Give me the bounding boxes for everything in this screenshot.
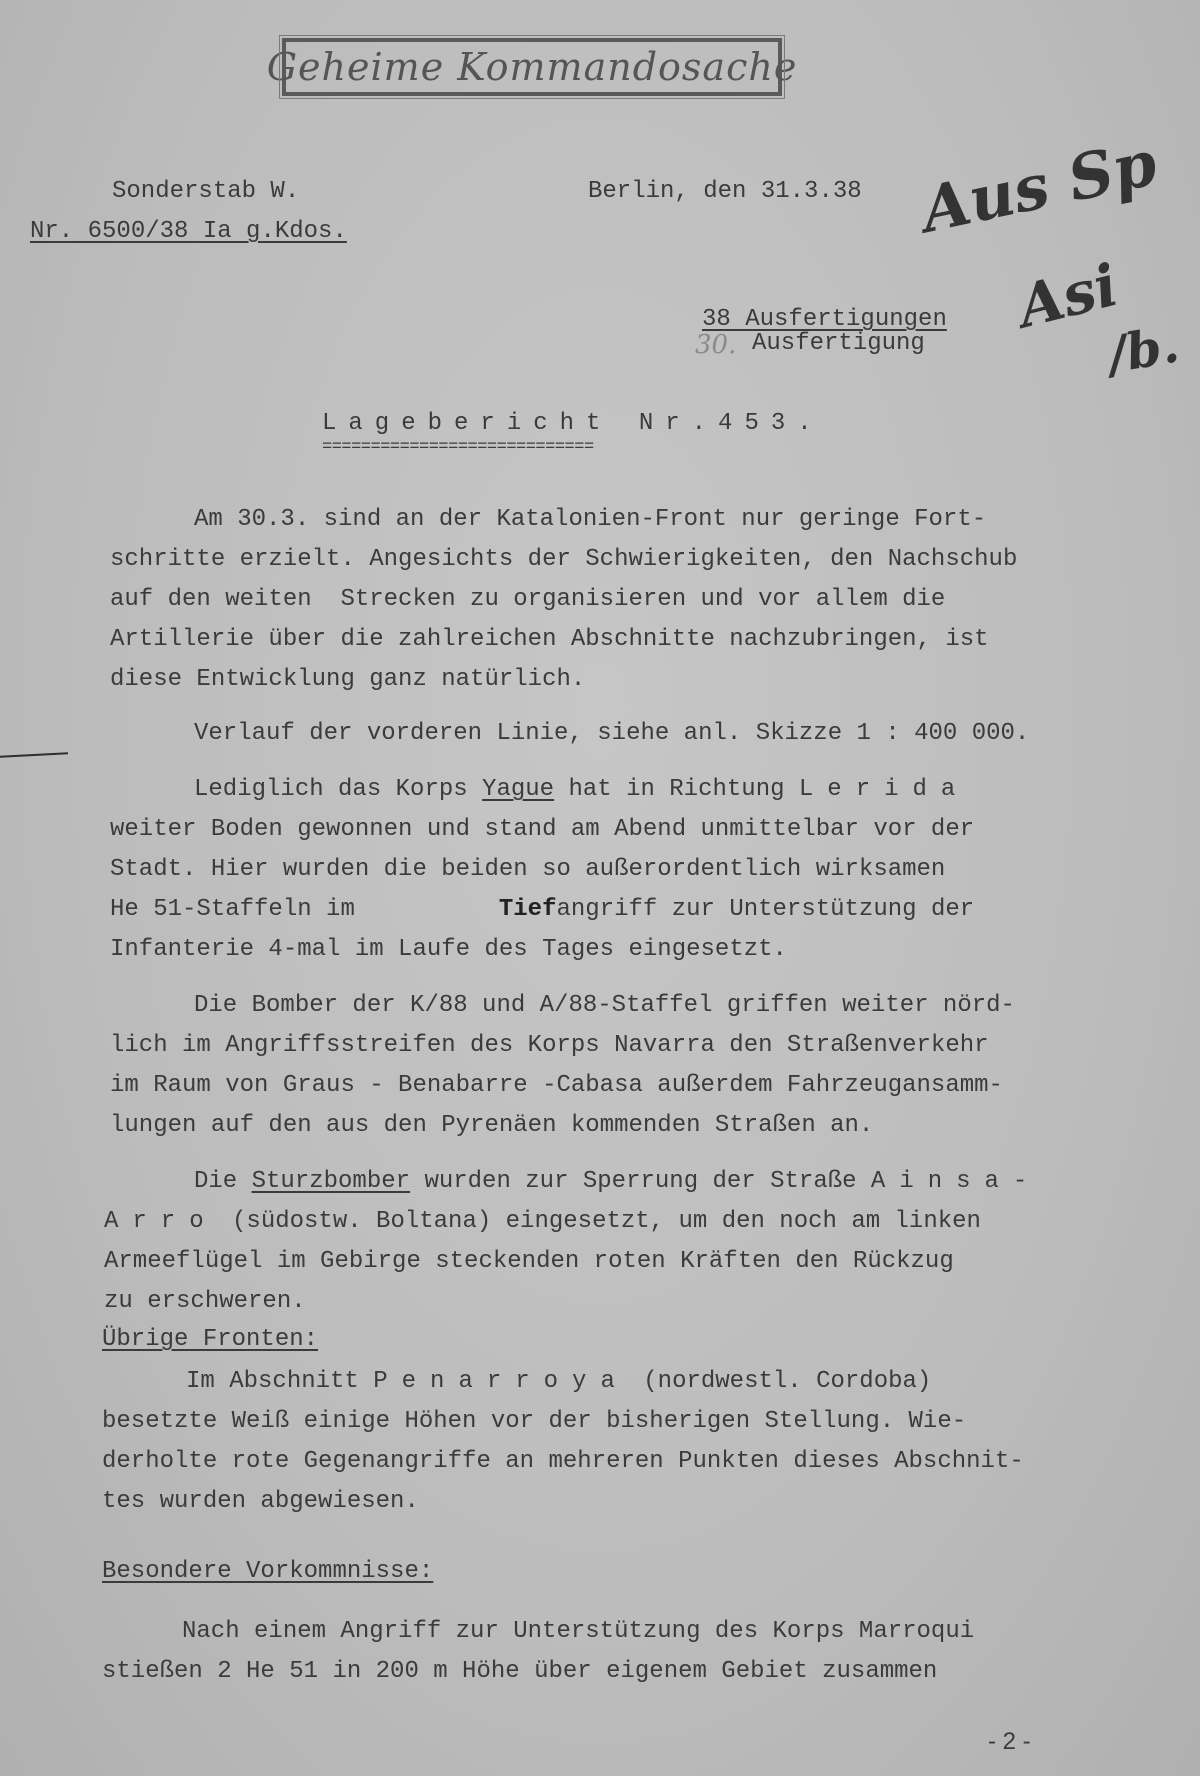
para-4-line-4: lungen auf den aus den Pyrenäen kommende… (110, 1106, 873, 1146)
margin-mark (0, 752, 68, 758)
para-1-line-4: Artillerie über die zahlreichen Abschnit… (110, 620, 989, 660)
para-3-line-5: Infanterie 4-mal im Laufe des Tages eing… (110, 930, 787, 970)
para-4-line-1: Die Bomber der K/88 und A/88-Staffel gri… (194, 986, 1015, 1026)
stamp-text: Geheime Kommandosache (267, 45, 798, 89)
page-number: - 2 - (988, 1722, 1031, 1762)
title-rule: ============================ (322, 428, 594, 468)
place-arro: Arro (104, 1208, 218, 1235)
reference-number: Nr. 6500/38 Ia g.Kdos. (30, 212, 347, 252)
para-3-line-3: Stadt. Hier wurden die beiden so außeror… (110, 850, 945, 890)
other-fronts-line-3: derholte rote Gegenangriffe an mehreren … (102, 1442, 1024, 1482)
sturzbomber: Sturzbomber (252, 1168, 410, 1195)
para-5-line-4: zu erschweren. (104, 1282, 306, 1322)
para-1-line-1: Am 30.3. sind an der Katalonien-Front nu… (194, 500, 986, 540)
section-heading-other-fronts: Übrige Fronten: (102, 1320, 318, 1360)
copy-number-handwritten: 30. (695, 330, 736, 360)
special-incidents-line-2: stießen 2 He 51 in 200 m Höhe über eigen… (102, 1652, 937, 1692)
para-4-line-3: im Raum von Graus - Benabarre -Cabasa au… (110, 1066, 1003, 1106)
place-penarroya: Penarroya (373, 1368, 629, 1395)
section-heading-special-incidents: Besondere Vorkommnisse: (102, 1552, 433, 1592)
place-ainsa: Ainsa- (871, 1168, 1041, 1195)
handwritten-annotation-3: /b. (1103, 314, 1183, 384)
special-incidents-line-1: Nach einem Angriff zur Unterstützung des… (182, 1612, 974, 1652)
korps-yague: Yague (482, 776, 554, 803)
copy-label: Ausfertigung (752, 324, 925, 364)
para-3-line-4: He 51-Staffeln im Tiefangriff zur Unters… (110, 890, 974, 930)
classification-stamp: Geheime Kommandosache (282, 38, 782, 96)
para-5-line-1: Die Sturzbomber wurden zur Sperrung der … (194, 1162, 1041, 1202)
place-date: Berlin, den 31.3.38 (588, 172, 862, 212)
handwritten-annotation-1: Aus Sp (915, 126, 1163, 247)
other-fronts-line-2: besetzte Weiß einige Höhen vor der bishe… (102, 1402, 966, 1442)
para-5-line-2: Arro (südostw. Boltana) eingesetzt, um d… (104, 1202, 981, 1242)
para-1-line-2: schritte erzielt. Angesichts der Schwier… (110, 540, 1017, 580)
place-lerida: Lerida (799, 776, 969, 803)
para-4-line-2: lich im Angriffsstreifen des Korps Navar… (110, 1026, 989, 1066)
other-fronts-line-4: tes wurden abgewiesen. (102, 1482, 419, 1522)
other-fronts-line-1: Im Abschnitt Penarroya (nordwestl. Cordo… (186, 1362, 931, 1402)
tief-emphasis: Tief (499, 896, 557, 923)
para-3-line-2: weiter Boden gewonnen und stand am Abend… (110, 810, 974, 850)
para-3-line-1: Lediglich das Korps Yague hat in Richtun… (194, 770, 969, 810)
para-1-line-5: diese Entwicklung ganz natürlich. (110, 660, 585, 700)
para-2-line-1: Verlauf der vorderen Linie, siehe anl. S… (194, 714, 1029, 754)
document-page: Geheime Kommandosache Sonderstab W. Nr. … (0, 0, 1200, 1776)
sender-unit: Sonderstab W. (112, 172, 299, 212)
para-1-line-3: auf den weiten Strecken zu organisieren … (110, 580, 945, 620)
para-5-line-3: Armeeflügel im Gebirge steckenden roten … (104, 1242, 954, 1282)
